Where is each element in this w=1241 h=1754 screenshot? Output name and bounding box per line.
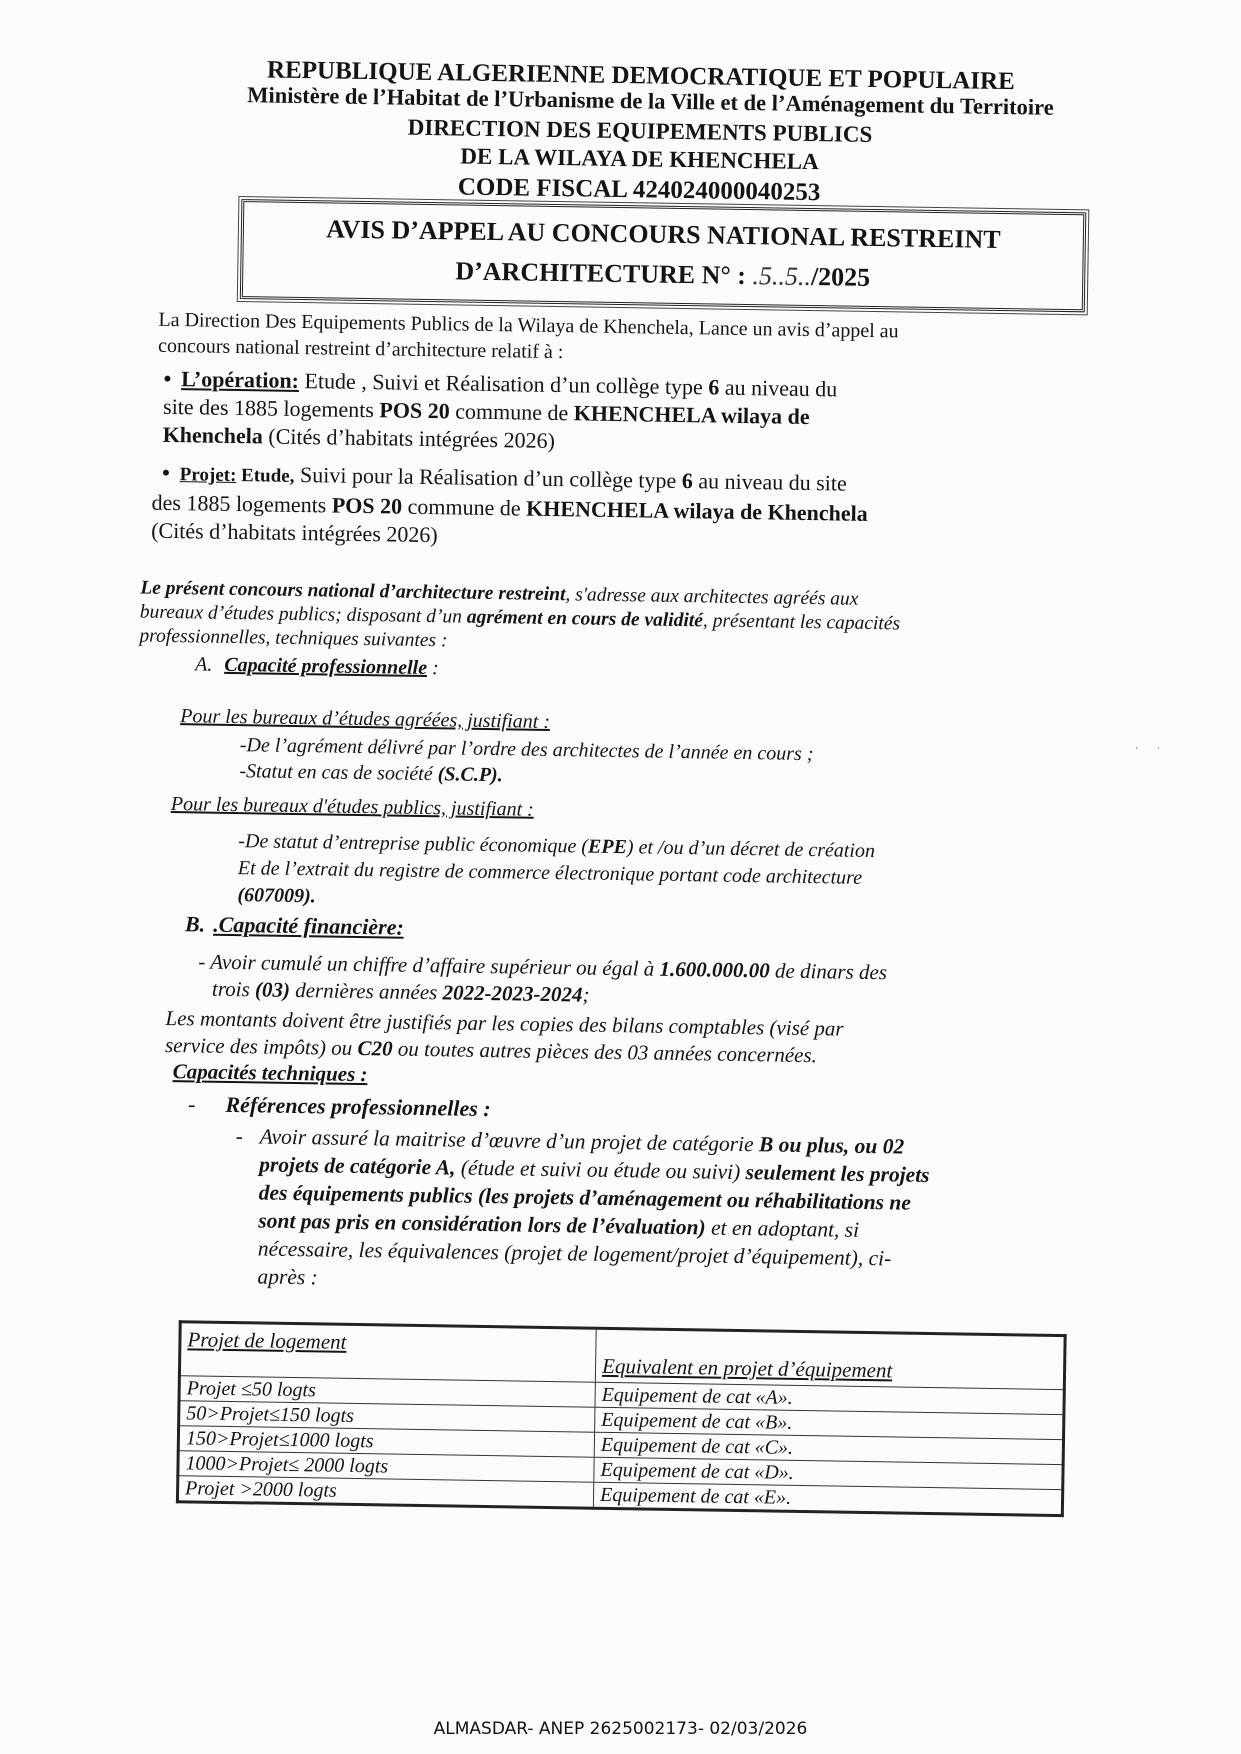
bullet-icon: • bbox=[163, 365, 171, 393]
equivalence-table: Projet de logement Equivalent en projet … bbox=[176, 1320, 1067, 1517]
project-commune-label: commune de bbox=[402, 494, 526, 521]
dash-icon: - bbox=[188, 1091, 196, 1116]
header-equipment-equivalent: Equivalent en projet d’équipement bbox=[595, 1328, 1065, 1389]
operation-type: 6 bbox=[708, 374, 719, 399]
bullet-icon: • bbox=[162, 459, 170, 487]
operation-label: L’opération: bbox=[181, 366, 299, 393]
project-type: 6 bbox=[682, 468, 693, 493]
ref-line-4-end: et en adoptant, si bbox=[705, 1215, 859, 1241]
conditions-line-2-end: , présentant les capacités bbox=[703, 610, 900, 634]
section-a-colon: : bbox=[427, 657, 439, 679]
financial-years-label: dernières années bbox=[290, 978, 443, 1004]
project-text: Suivi pour la Réalisation d’un collège t… bbox=[294, 462, 682, 493]
operation-pos: POS 20 bbox=[379, 397, 450, 423]
section-a-label: Capacité professionnelle bbox=[224, 654, 427, 679]
agreed-item-2: -Statut en cas de société (S.C.P). bbox=[239, 760, 503, 787]
financial-years: 2022-2023-2024 bbox=[442, 980, 582, 1006]
epe-text: -De statut d’entreprise public économiqu… bbox=[238, 830, 588, 857]
references-body: Avoir assuré la maitrise d’œuvre d’un pr… bbox=[257, 1122, 930, 1301]
technical-capacity-heading: Capacités techniques : bbox=[172, 1059, 367, 1087]
section-a-letter: A. bbox=[195, 653, 213, 675]
conditions-paragraph: Le présent concours national d’architect… bbox=[139, 577, 900, 661]
conditions-line-2: bureaux d’études publics; disposant d’un bbox=[140, 602, 467, 628]
section-a-heading: A.Capacité professionnelle : bbox=[195, 653, 439, 680]
conditions-agrement: agrément en cours de validité bbox=[467, 607, 703, 632]
financial-text-end: de dinars des bbox=[770, 958, 888, 984]
project-site: des 1885 logements bbox=[151, 490, 332, 518]
scan-marks: · · bbox=[1135, 743, 1168, 755]
notice-title-box: AVIS D’APPEL AU CONCOURS NATIONAL RESTRE… bbox=[240, 199, 1086, 312]
project-commune: KHENCHELA wilaya de Khenchela bbox=[526, 496, 868, 526]
agreed-item-2-text: -Statut en cas de société bbox=[239, 760, 438, 785]
section-b-label: .Capacité financière: bbox=[213, 912, 404, 940]
conditions-line-1: , s'adresse aux architectes agréés aux bbox=[565, 584, 858, 610]
header-housing-project: Projet de logement bbox=[179, 1322, 596, 1383]
section-b-heading: B..Capacité financière: bbox=[185, 911, 404, 940]
ref-category: B ou plus, ou 02 bbox=[759, 1132, 905, 1158]
ref-line-2: (étude et suivi ou étude ou suivi) bbox=[455, 1156, 746, 1185]
financial-requirement: - Avoir cumulé un chiffre d’affaire supé… bbox=[198, 948, 887, 1013]
operation-commune-label: commune de bbox=[450, 398, 574, 425]
financial-03: (03) bbox=[255, 977, 290, 1002]
notice-title-year: /2025 bbox=[811, 262, 871, 292]
dash-icon: - bbox=[235, 1122, 243, 1150]
operation-text: Etude , Suivi et Réalisation d’un collèg… bbox=[299, 368, 709, 399]
financial-semicolon: ; bbox=[582, 983, 589, 1007]
justification-line-2-end: ou toutes autres pièces des 03 années co… bbox=[392, 1037, 817, 1068]
scanned-content: REPUBLIQUE ALGERIENNE DEMOCRATIQUE ET PO… bbox=[2, 0, 1241, 10]
architecture-code: (607009). bbox=[237, 884, 316, 907]
operation-wilaya: Khenchela bbox=[162, 422, 263, 449]
professional-references-text: - Avoir assuré la maitrise d’œuvre d’un … bbox=[233, 1122, 930, 1301]
project-label: Projet: bbox=[180, 464, 237, 486]
operation-site: site des 1885 logements bbox=[163, 394, 380, 422]
operation-program: (Cités d’habitats intégrées 2026) bbox=[263, 423, 555, 453]
project-bullet: •Projet: Etude, Suivi pour la Réalisatio… bbox=[161, 459, 869, 556]
public-offices-item: -De statut d’entreprise public économiqu… bbox=[237, 828, 875, 919]
intro-paragraph: La Direction Des Equipements Publics de … bbox=[158, 307, 899, 371]
section-b-letter: B. bbox=[185, 911, 206, 936]
project-etude: Etude, bbox=[236, 465, 294, 487]
operation-commune: KHENCHELA wilaya de bbox=[574, 400, 810, 429]
project-pos: POS 20 bbox=[332, 493, 403, 519]
notice-title-prefix: D’ARCHITECTURE N° : bbox=[455, 256, 753, 290]
ref-only-projects: seulement les projets bbox=[745, 1160, 929, 1187]
epe-text-end: ) et /ou d’un décret de création bbox=[627, 836, 875, 862]
public-offices-heading: Pour les bureaux d'études publics, justi… bbox=[171, 793, 534, 822]
footer-reference: ALMASDAR- ANEP 2625002173- 02/03/2026 bbox=[0, 1719, 1241, 1739]
operation-text-end: au niveau du bbox=[719, 375, 837, 402]
scp-label: (S.C.P). bbox=[437, 763, 502, 786]
ref-category-a: projets de catégorie A, bbox=[259, 1152, 456, 1179]
project-text-end: au niveau du site bbox=[693, 468, 847, 495]
turnover-amount: 1.600.000.00 bbox=[659, 957, 770, 983]
housing-project-cell: Projet >2000 logts bbox=[177, 1476, 593, 1509]
epe-label: EPE bbox=[588, 836, 627, 859]
handwritten-number: .5..5.. bbox=[752, 261, 811, 291]
references-label: Références professionnelles : bbox=[225, 1092, 491, 1121]
financial-three: trois bbox=[212, 977, 255, 1002]
c20-label: C20 bbox=[357, 1036, 392, 1061]
table-body: Projet ≤50 logtsEquipement de cat «A».50… bbox=[177, 1376, 1064, 1516]
operation-bullet: •L’opération: Etude , Suivi et Réalisati… bbox=[162, 365, 837, 460]
justification-line-2: service des impôts) ou bbox=[165, 1033, 358, 1060]
professional-references-heading: -Références professionnelles : bbox=[188, 1091, 491, 1122]
document-page: REPUBLIQUE ALGERIENNE DEMOCRATIQUE ET PO… bbox=[0, 0, 1241, 1754]
agreed-offices-heading: Pour les bureaux d’études agréées, justi… bbox=[180, 705, 550, 734]
